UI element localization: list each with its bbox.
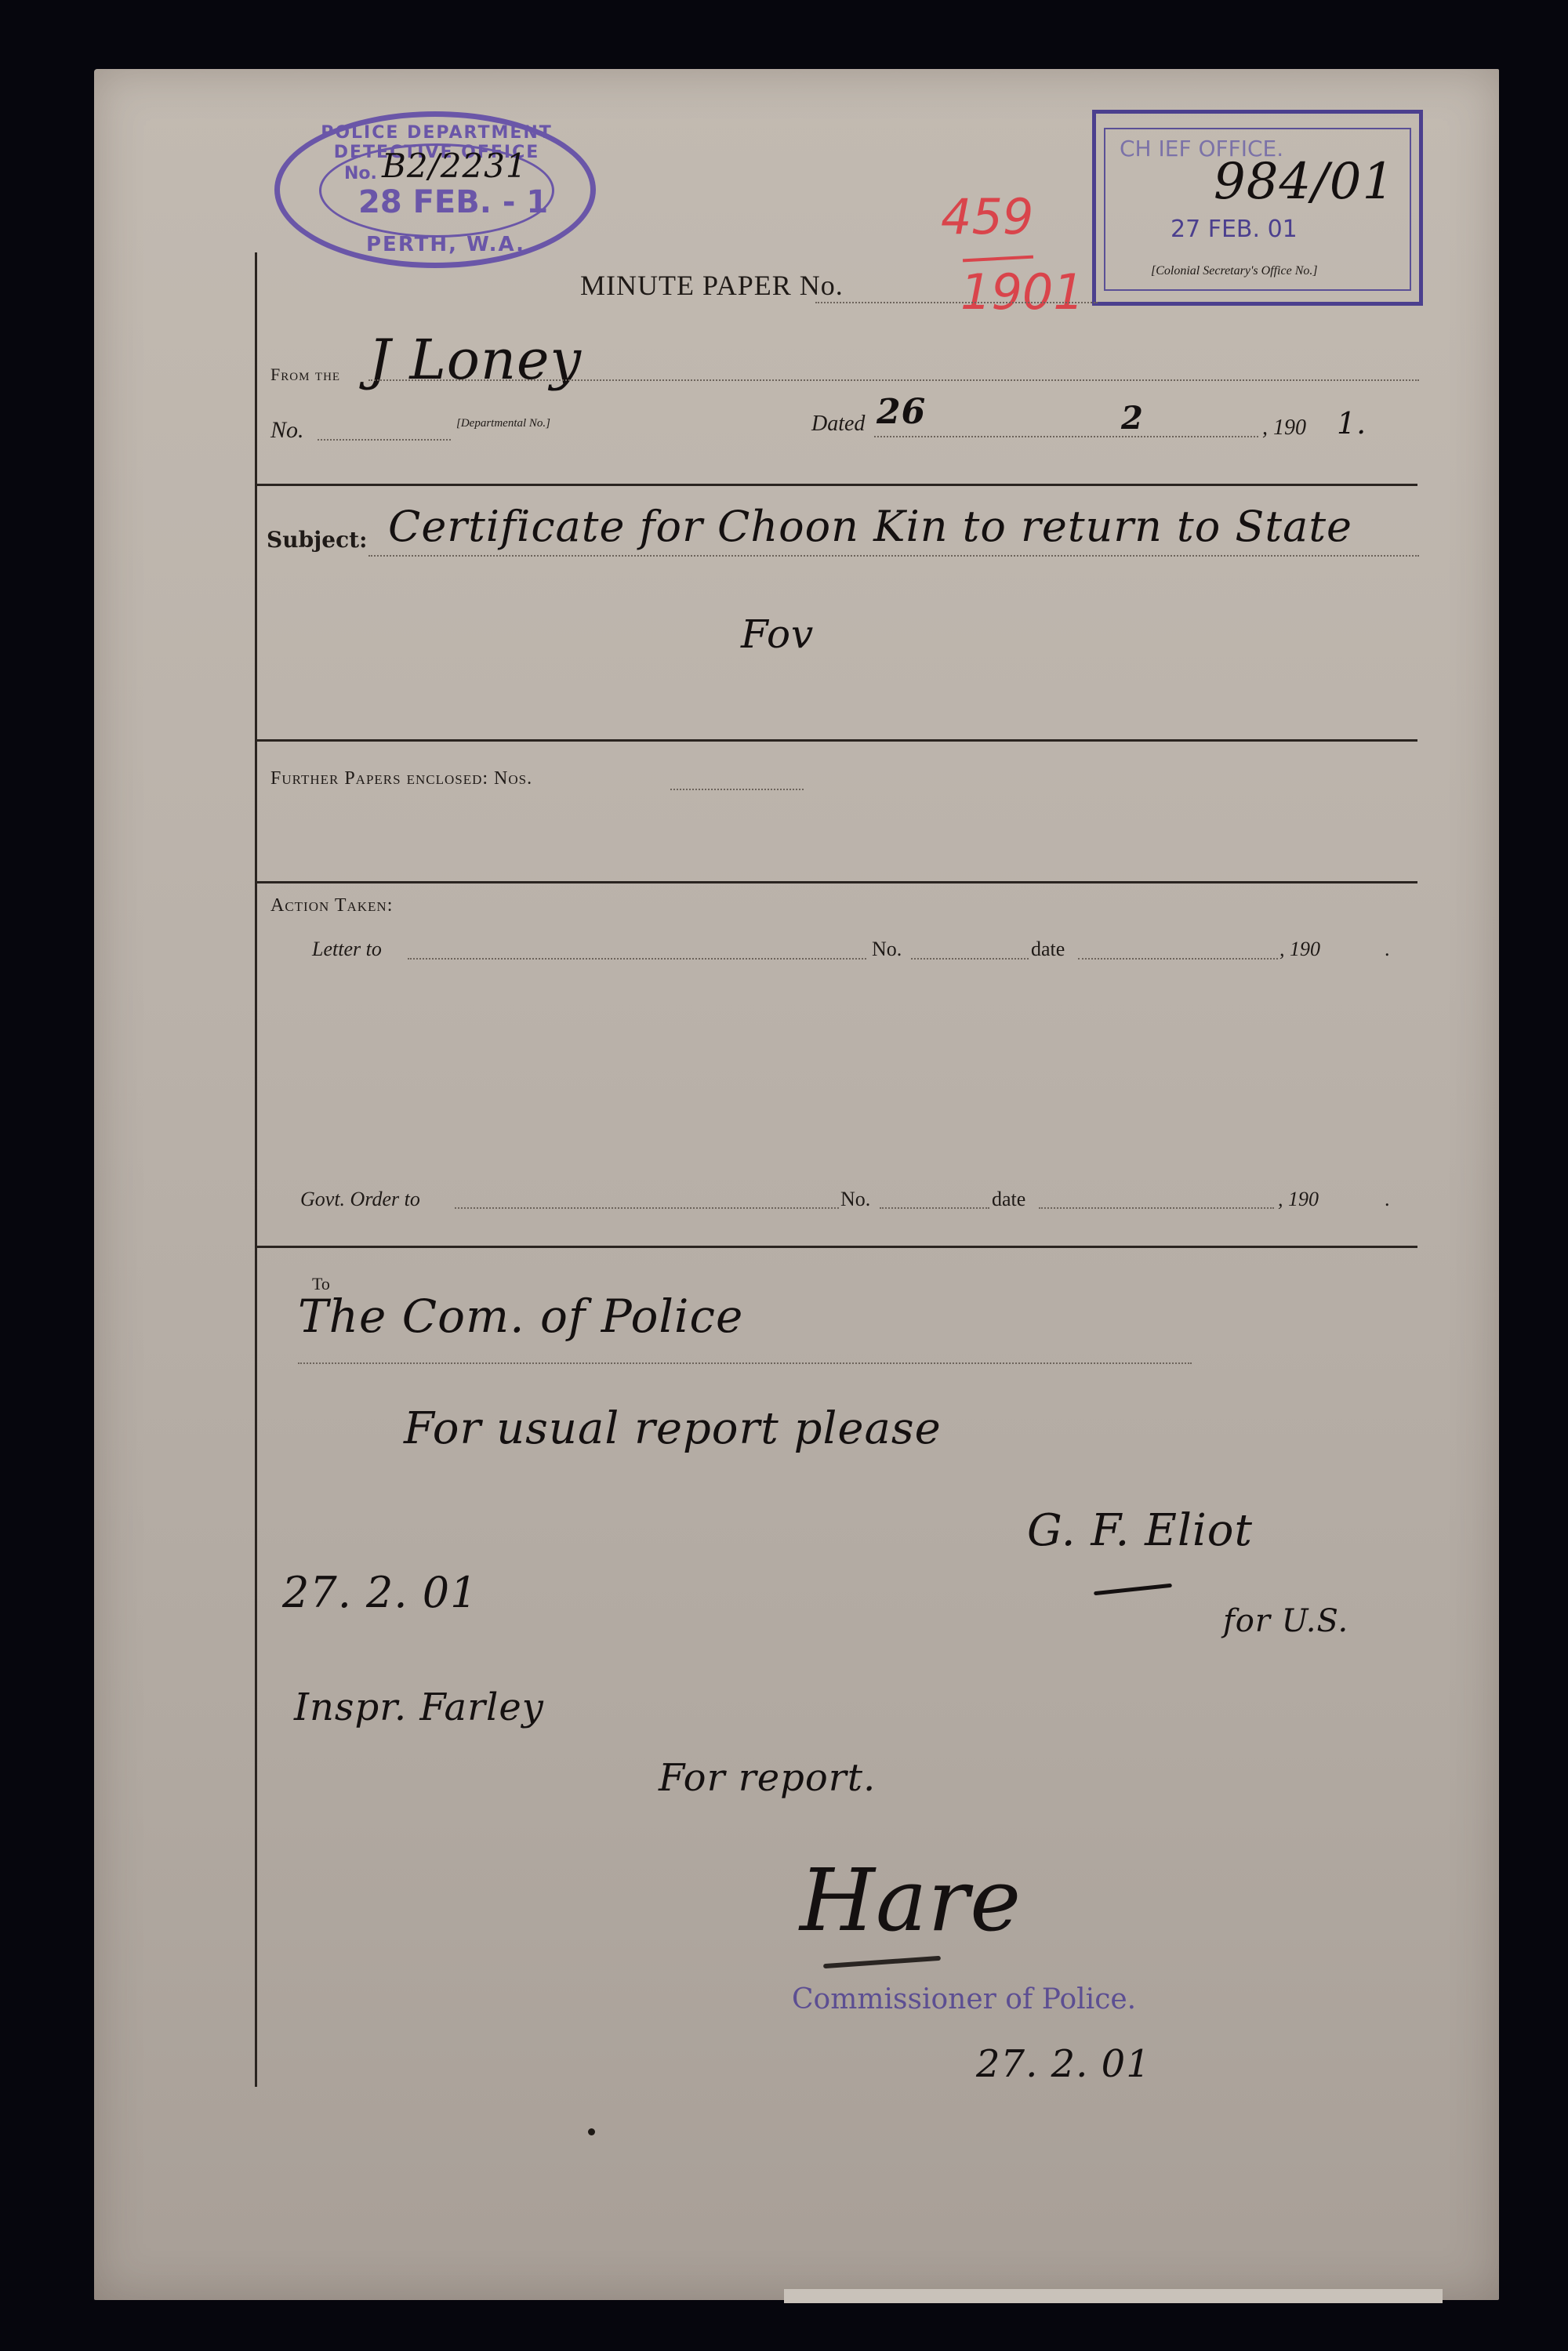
underlying-sheet-edge bbox=[784, 2289, 1443, 2303]
colonial-stamp-number: 984/01 bbox=[1214, 153, 1395, 211]
subject-line-1: Certificate for Choon Kin to return to S… bbox=[388, 502, 1352, 551]
govt-order-line bbox=[455, 1207, 839, 1209]
further-papers-line bbox=[670, 789, 804, 790]
colonial-stamp-footer: [Colonial Secretary's Office No.] bbox=[1151, 264, 1318, 278]
police-department-stamp: POLICE DEPARTMENT DETECTIVE OFFICE No. B… bbox=[274, 111, 596, 268]
eliot-signature: G. F. Eliot bbox=[1027, 1505, 1253, 1556]
further-papers-label: Further Papers enclosed: Nos. bbox=[270, 768, 532, 789]
page-title: MINUTE PAPER No. bbox=[580, 269, 844, 302]
divider-papers-action bbox=[257, 881, 1417, 883]
dated-year-prefix: , 190 bbox=[1262, 415, 1306, 441]
stamp-no-label: No. bbox=[344, 164, 377, 183]
to-line bbox=[298, 1362, 1192, 1364]
letter-to-label: Letter to bbox=[312, 938, 382, 961]
divider-action-minute bbox=[257, 1246, 1417, 1248]
stamp-location: PERTH, W.A. bbox=[366, 233, 525, 256]
dated-month: 2 bbox=[1121, 400, 1144, 437]
from-value: J Loney bbox=[368, 328, 582, 392]
dated-day: 26 bbox=[877, 392, 926, 432]
subject-line-2: Fov bbox=[741, 611, 814, 657]
letter-date-line bbox=[1078, 958, 1278, 960]
minute-date: 27. 2. 01 bbox=[282, 1568, 477, 1617]
dated-label: Dated bbox=[811, 412, 865, 437]
red-annotation-number: 459 bbox=[941, 188, 1033, 245]
stamp-number: B2/2231 bbox=[382, 147, 528, 185]
no-label: No. bbox=[270, 417, 304, 444]
report-instruction: For report. bbox=[659, 1756, 876, 1800]
divider-subject-papers bbox=[257, 739, 1417, 742]
from-line bbox=[368, 379, 1419, 381]
letter-date-label: date bbox=[1031, 938, 1065, 961]
letter-year: , 190 bbox=[1279, 938, 1320, 961]
eliot-title: for U.S. bbox=[1223, 1603, 1348, 1639]
dated-year-suffix: 1. bbox=[1337, 406, 1367, 441]
colonial-stamp-date: 27 FEB. 01 bbox=[1171, 216, 1298, 243]
govt-no-label: No. bbox=[840, 1188, 870, 1211]
govt-date-label: date bbox=[992, 1188, 1025, 1211]
govt-year: , 190 bbox=[1278, 1188, 1319, 1211]
action-taken-label: Action Taken: bbox=[270, 895, 393, 916]
subject-label: Subject: bbox=[267, 527, 367, 553]
colonial-secretary-stamp: CH IEF OFFICE. 984/01 27 FEB. 01 [Coloni… bbox=[1092, 110, 1423, 306]
letter-no-label: No. bbox=[872, 938, 902, 961]
document-page bbox=[94, 69, 1499, 2300]
letter-to-line bbox=[408, 958, 866, 960]
govt-no-line bbox=[880, 1207, 989, 1209]
dept-no-line bbox=[318, 439, 451, 441]
govt-period: . bbox=[1385, 1188, 1390, 1211]
dept-no-hint: [Departmental No.] bbox=[456, 417, 550, 430]
minute-number-line bbox=[815, 302, 1098, 303]
from-label: From the bbox=[270, 365, 340, 385]
letter-period: . bbox=[1385, 938, 1390, 961]
to-value: The Com. of Police bbox=[298, 1290, 743, 1343]
govt-order-label: Govt. Order to bbox=[300, 1188, 420, 1211]
divider-from-subject bbox=[257, 484, 1417, 486]
minute-request: For usual report please bbox=[404, 1403, 942, 1454]
govt-date-line bbox=[1039, 1207, 1274, 1209]
stamp-date: 28 FEB. - 1 bbox=[358, 184, 548, 220]
ink-speck bbox=[588, 2128, 595, 2135]
subject-line bbox=[368, 555, 1419, 557]
forward-to: Inspr. Farley bbox=[294, 1685, 544, 1729]
dated-line bbox=[874, 436, 1258, 437]
left-margin-rule bbox=[255, 252, 257, 2087]
commissioner-stamp: Commissioner of Police. bbox=[792, 1983, 1136, 2015]
commissioner-signature: Hare bbox=[800, 1850, 1022, 1950]
red-annotation-year: 1901 bbox=[960, 263, 1084, 321]
commissioner-date: 27. 2. 01 bbox=[976, 2042, 1151, 2086]
letter-no-line bbox=[911, 958, 1029, 960]
